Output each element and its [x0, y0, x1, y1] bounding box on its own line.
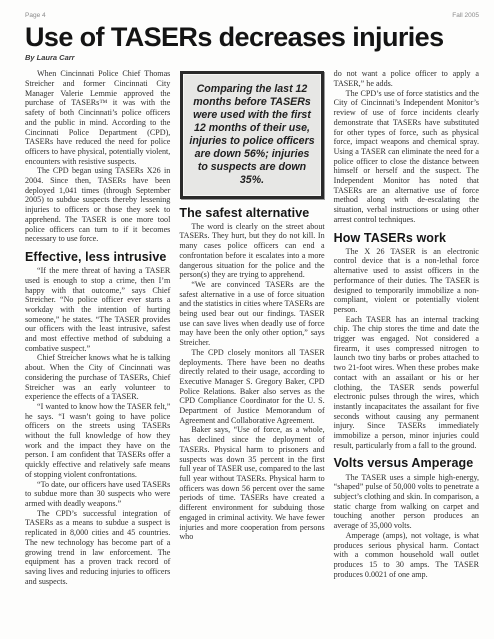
pullquote-box: Comparing the last 12 months before TASE…: [180, 71, 323, 198]
paragraph: “We are convinced TASERs are the safest …: [179, 280, 324, 348]
heading-how-tasers-work: How TASERs work: [334, 232, 479, 245]
heading-effective-less-intrusive: Effective, less intrusive: [25, 251, 170, 264]
byline: By Laura Carr: [25, 53, 479, 62]
page-number: Page 4: [25, 12, 46, 19]
paragraph: The CPD began using TASERs X26 in 2004. …: [25, 166, 170, 244]
column-3: do not want a police officer to apply a …: [334, 69, 479, 586]
paragraph: “If the mere threat of having a TASER us…: [25, 266, 170, 353]
article-title: Use of TASERs decreases injuries: [25, 23, 479, 51]
paragraph: When Cincinnati Police Chief Thomas Stre…: [25, 69, 170, 166]
paragraph: Chief Streicher knows what he is talking…: [25, 353, 170, 402]
paragraph: Amperage (amps), not voltage, is what pr…: [334, 531, 479, 580]
paragraph: “To date, our officers have used TASERs …: [25, 480, 170, 509]
paragraph: The CPD’s use of force statistics and th…: [334, 89, 479, 225]
column-2: Comparing the last 12 months before TASE…: [179, 69, 324, 586]
heading-the-safest-alternative: The safest alternative: [179, 207, 324, 220]
article-body: When Cincinnati Police Chief Thomas Stre…: [25, 69, 479, 586]
paragraph: The word is clearly on the street about …: [179, 222, 324, 280]
paragraph: do not want a police officer to apply a …: [334, 69, 479, 88]
paragraph: Each TASER has an internal tracking chip…: [334, 315, 479, 451]
paragraph: The CPD’s successful integration of TASE…: [25, 509, 170, 587]
paragraph: “I wanted to know how the TASER felt,” h…: [25, 402, 170, 480]
paragraph: The CPD closely monitors all TASER deplo…: [179, 348, 324, 426]
paragraph: Baker says, “Use of force, as a whole, h…: [179, 425, 324, 541]
paragraph: The TASER uses a simple high-energy, “sh…: [334, 473, 479, 531]
column-1: When Cincinnati Police Chief Thomas Stre…: [25, 69, 170, 586]
heading-volts-versus-amperage: Volts versus Amperage: [334, 457, 479, 470]
running-header: Page 4 Fall 2005: [25, 12, 479, 19]
newsletter-page: Page 4 Fall 2005 Use of TASERs decreases…: [0, 0, 494, 639]
paragraph: The X 26 TASER is an electronic control …: [334, 247, 479, 315]
issue-date: Fall 2005: [452, 12, 479, 19]
